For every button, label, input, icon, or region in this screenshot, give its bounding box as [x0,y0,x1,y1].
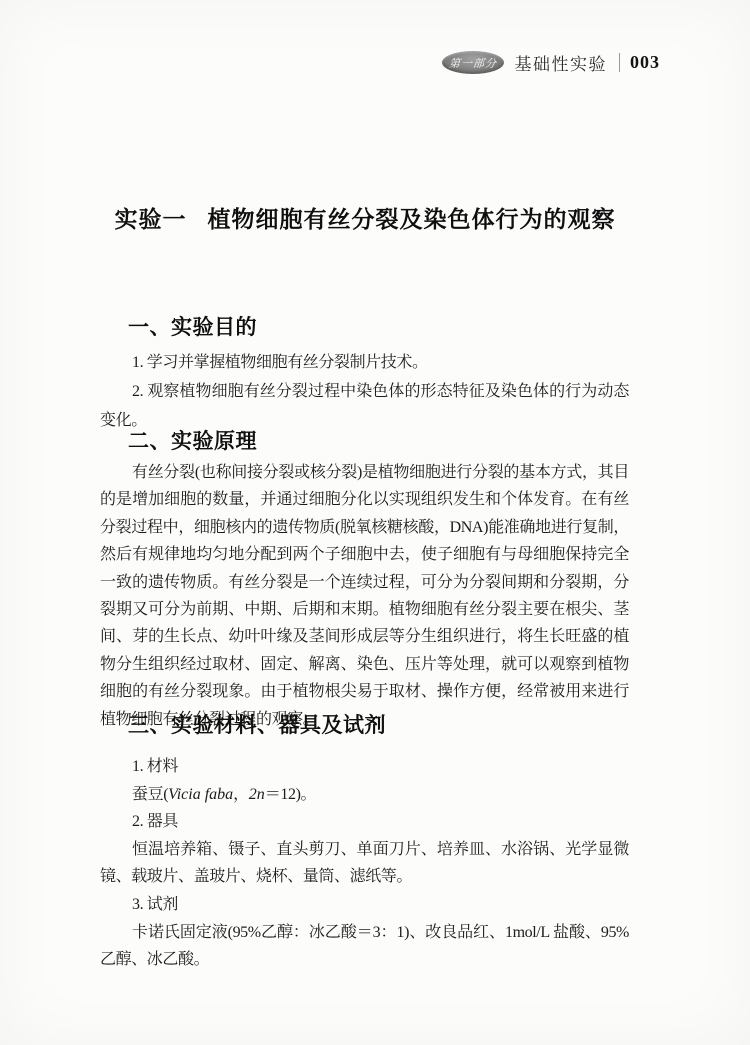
species-name: Vicia faba [168,786,233,803]
equipment-line: 恒温培养箱、镊子、直头剪刀、单面刀片、培养皿、水浴锅、光学显微镜、载玻片、盖玻片… [100,836,629,891]
heading-purpose: 一、实验目的 [128,311,257,341]
part-badge: 第一部分 [442,51,504,74]
principle-paragraph: 有丝分裂(也称间接分裂或核分裂)是植物细胞进行分裂的基本方式，其目的是增加细胞的… [100,459,629,733]
reagent-line: 卡诺氏固定液(95%乙醇：冰乙酸＝3：1)、改良品红、1mol/L 盐酸、95%… [100,919,629,974]
header-section-title: 基础性实验 [515,50,608,75]
header-divider [619,53,620,72]
heading-materials: 三、实验材料、器具及试剂 [128,709,386,739]
experiment-number: 实验一 [115,206,187,232]
principle-block: 有丝分裂(也称间接分裂或核分裂)是植物细胞进行分裂的基本方式，其目的是增加细胞的… [100,459,629,733]
page-number: 003 [630,52,660,73]
material-line: 蚕豆(Vicia faba，2n＝12)。 [100,781,629,809]
heading-principle: 二、实验原理 [128,425,257,455]
purpose-items: 1. 学习并掌握植物细胞有丝分裂制片技术。 2. 观察植物细胞有丝分裂过程中染色… [100,348,629,435]
purpose-item-1: 1. 学习并掌握植物细胞有丝分裂制片技术。 [100,348,629,377]
material-pre: 蚕豆( [132,786,168,803]
material-mid: ， [233,786,249,803]
material-label: 1. 材料 [100,753,629,781]
book-page: 第一部分 基础性实验 003 实验一植物细胞有丝分裂及染色体行为的观察 一、实验… [0,0,750,1045]
page-header: 第一部分 基础性实验 003 [442,50,661,75]
part-badge-label: 第一部分 [448,55,498,71]
experiment-title: 实验一植物细胞有丝分裂及染色体行为的观察 [100,201,630,234]
equipment-label: 2. 器具 [100,808,629,836]
ploidy-symbol: 2n [249,786,265,803]
materials-block: 1. 材料 蚕豆(Vicia faba，2n＝12)。 2. 器具 恒温培养箱、… [100,753,629,974]
material-post: ＝12)。 [265,786,316,803]
experiment-name: 植物细胞有丝分裂及染色体行为的观察 [208,206,616,232]
reagent-label: 3. 试剂 [100,891,629,919]
